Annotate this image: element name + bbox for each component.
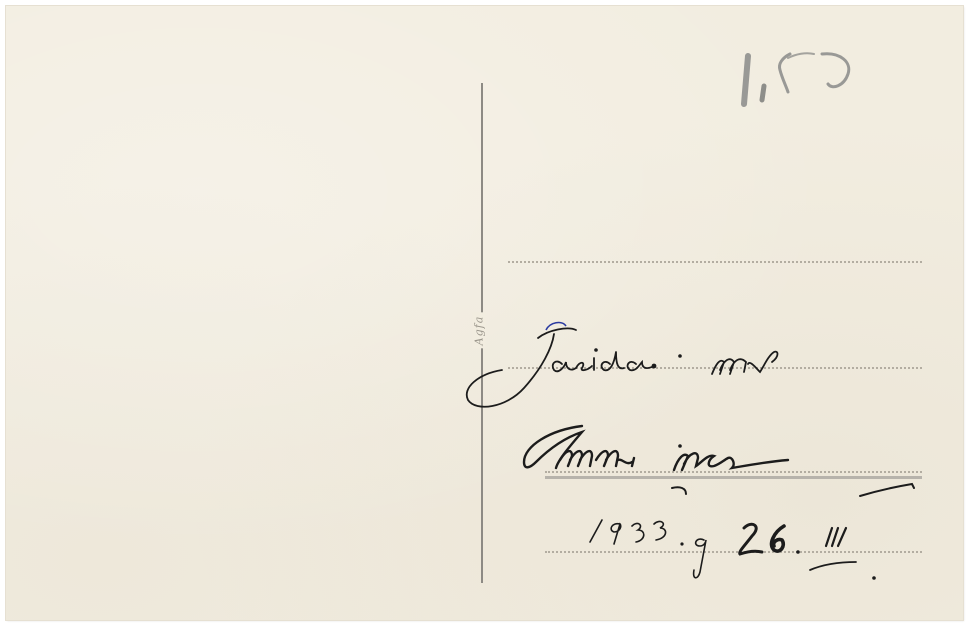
handwritten-name-icon — [458, 308, 838, 418]
handwriting-line-2: Ammiņas — [510, 410, 930, 505]
pencil-price-note: 1.50 — [734, 44, 864, 119]
handwritten-date-icon — [540, 500, 930, 590]
handwriting-line-1: Jaṡidai no — [458, 308, 838, 423]
handwriting-line-3: 1933. g 26. III — [540, 500, 930, 595]
pencil-handwriting-icon — [734, 44, 864, 114]
postcard-back: 1.50 Agfa Jaṡidai no — [6, 6, 963, 620]
address-line-1 — [508, 261, 922, 263]
handwritten-surname-icon — [510, 410, 930, 500]
